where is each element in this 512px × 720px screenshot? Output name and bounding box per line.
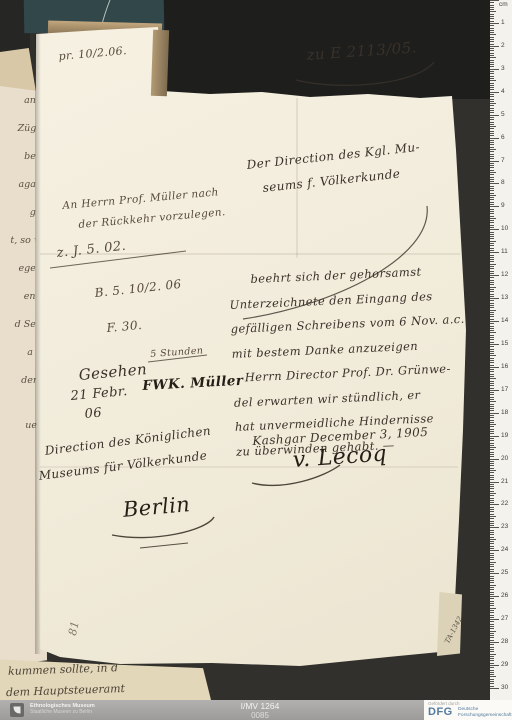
ruler-unit-label: cm (499, 1, 508, 8)
dfg-name: Deutsche Forschungsgemeinschaft (458, 707, 512, 718)
inventory-number: I/MV 1264 (190, 701, 330, 711)
ruler-cm-number: 23 (501, 524, 508, 530)
ruler-cm-number: 15 (501, 341, 508, 347)
page-left-edge-shadow (35, 34, 41, 654)
ruler-cm-number: 24 (501, 547, 508, 553)
paper-edge-fragment (151, 30, 169, 97)
ruler-cm-number: 6 (501, 135, 505, 141)
dfg-logo-block: Gefördert durch DFG Deutsche Forschungsg… (424, 700, 512, 720)
ruler-cm-number: 7 (501, 158, 505, 164)
inventory-block: I/MV 1264 0085 (190, 701, 330, 720)
ruler-cm-number: 25 (501, 570, 508, 576)
footer-bar: Ethnologisches Museum Staatliche Museen … (0, 700, 512, 720)
dfg-name-line: Forschungsgemeinschaft (458, 713, 512, 719)
ruler-cm-number: 27 (501, 616, 508, 622)
ruler-cm-number: 4 (501, 89, 505, 95)
ruler-cm-number: 30 (501, 685, 508, 691)
ruler-cm-number: 14 (501, 318, 508, 324)
ruler-cm-number: 12 (501, 272, 508, 278)
scanned-document-viewer: and Züge ben agab gü t, so w egen en f d… (0, 0, 512, 720)
museum-identity: Ethnologisches Museum Staatliche Museen … (30, 703, 95, 715)
ruler-cm-number: 29 (501, 662, 508, 668)
ruler-cm-number: 22 (501, 501, 508, 507)
ruler-cm-number: 1 (501, 20, 505, 26)
ruler-cm-number: 21 (501, 479, 508, 485)
seen-date: 06 (84, 405, 103, 421)
ruler-cm-number: 20 (501, 456, 508, 462)
ruler-cm-number: 2 (501, 43, 505, 49)
museum-subtitle: Staatliche Museen zu Berlin (30, 709, 95, 715)
museum-logo-icon (10, 703, 24, 717)
dfg-logo: DFG (428, 706, 453, 718)
ruler-cm-number: 26 (501, 593, 508, 599)
ruler-cm-number: 10 (501, 226, 508, 232)
ruler-cm-number: 8 (501, 180, 505, 186)
ruler-cm-number: 3 (501, 66, 505, 72)
scan-number: 0085 (190, 711, 330, 720)
ruler-cm-number: 11 (501, 249, 508, 255)
ruler-cm-number: 28 (501, 639, 508, 645)
ruler-cm-number: 13 (501, 295, 508, 301)
ruler-cm-number: 18 (501, 410, 508, 416)
tab-label: TA-1342 (443, 615, 464, 645)
ruler-cm-number: 16 (501, 364, 508, 370)
paper-tab: TA-1342 (437, 592, 462, 656)
ruler-cm-number: 9 (501, 203, 505, 209)
ruler-cm-number: 19 (501, 433, 508, 439)
ruler-cm-number: 17 (501, 387, 508, 393)
ruler: cm 1234567891011121314151617181920212223… (490, 0, 512, 700)
ruler-cm-number: 5 (501, 112, 505, 118)
